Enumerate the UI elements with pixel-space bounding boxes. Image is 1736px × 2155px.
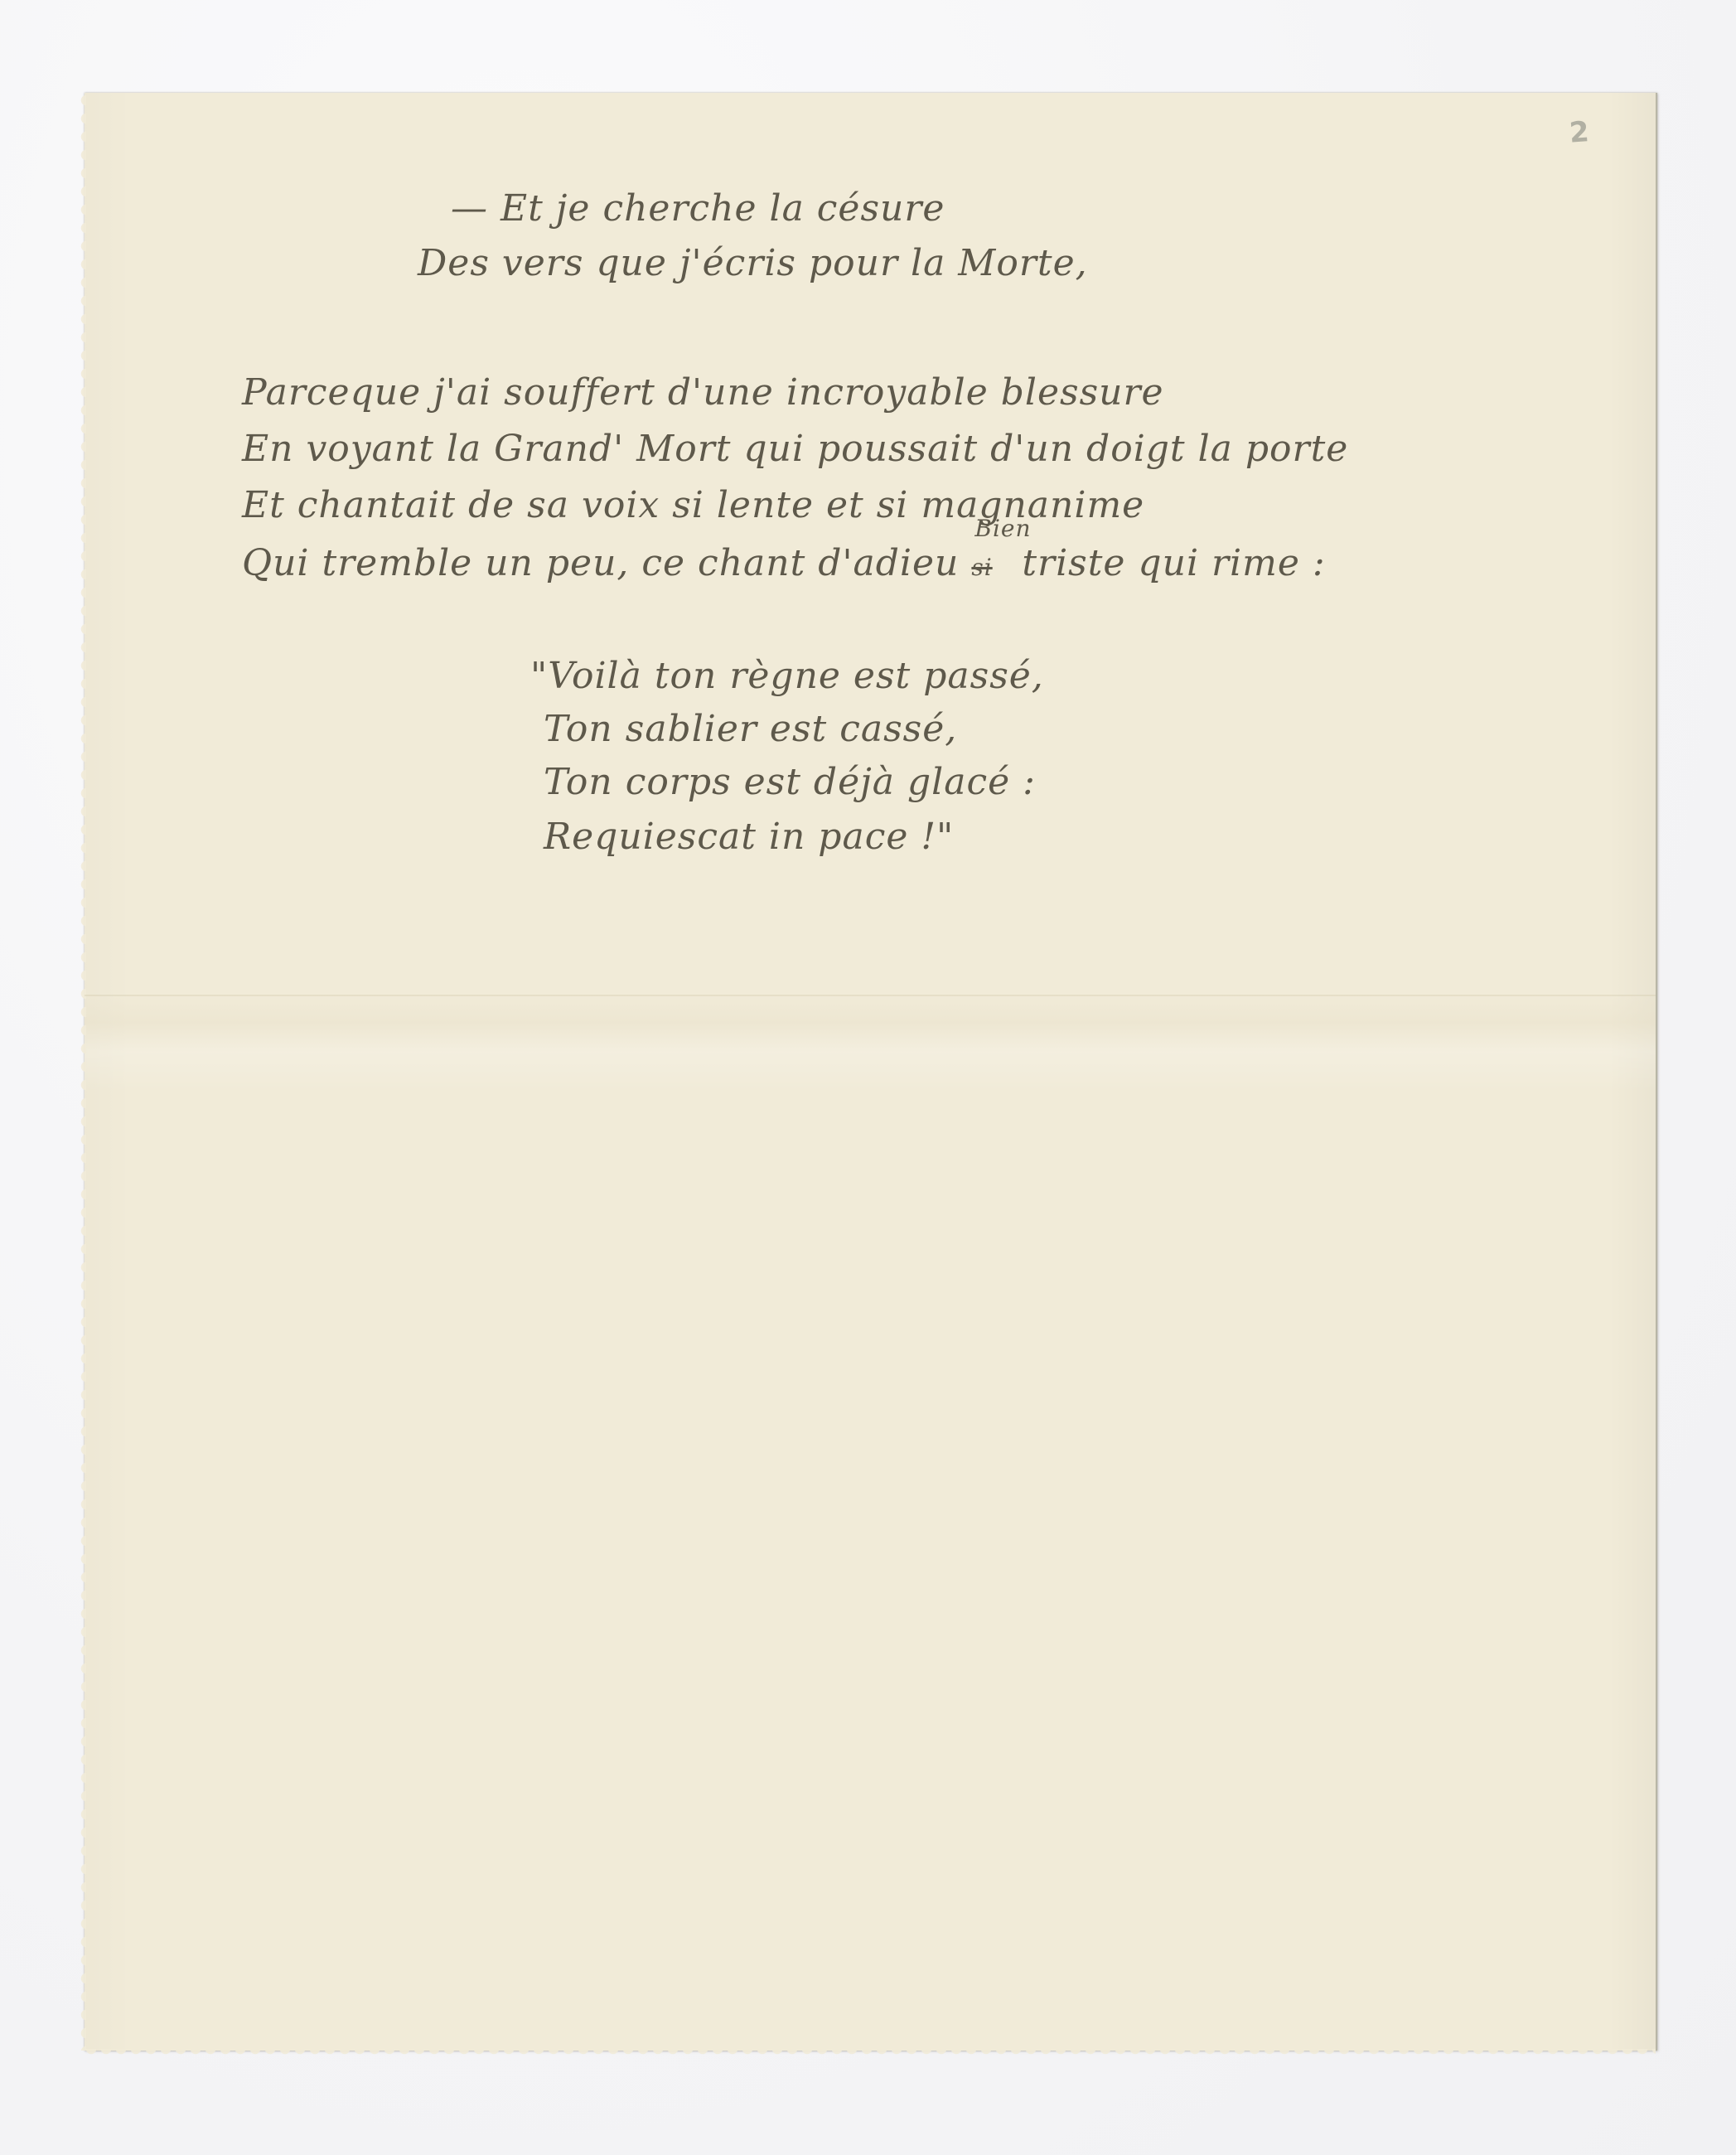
verse-line: En voyant la Grand' Mort qui poussait d'… (242, 431, 1348, 467)
manuscript-page: 2 — Et je cherche la césure Des vers que… (85, 93, 1657, 2051)
verse-line: Requiescat in pace !" (544, 819, 954, 855)
paper-fold-line (85, 995, 1656, 996)
correction-insertion: Biensi (971, 545, 1009, 582)
verse-line: Des vers que j'écris pour la Morte, (418, 245, 1088, 282)
verse-line: Ton corps est déjà glacé : (544, 764, 1036, 801)
verse-line: Ton sablier est cassé, (544, 711, 957, 748)
verse-line: — Et je cherche la césure (451, 191, 945, 227)
verse-text-before-correction: Qui tremble un peu, ce chant d'adieu (242, 542, 971, 584)
verse-line: Parceque j'ai souffert d'une incroyable … (242, 375, 1164, 411)
struck-out-word: si (971, 554, 992, 581)
inserted-word: Bien (974, 517, 1031, 540)
pencil-page-number: 2 (1569, 115, 1590, 150)
verse-text-after-correction: triste qui rime : (1009, 542, 1325, 584)
verse-line: "Voilà ton règne est passé, (530, 658, 1044, 695)
verse-line-with-correction: Qui tremble un peu, ce chant d'adieu Bie… (242, 545, 1326, 582)
